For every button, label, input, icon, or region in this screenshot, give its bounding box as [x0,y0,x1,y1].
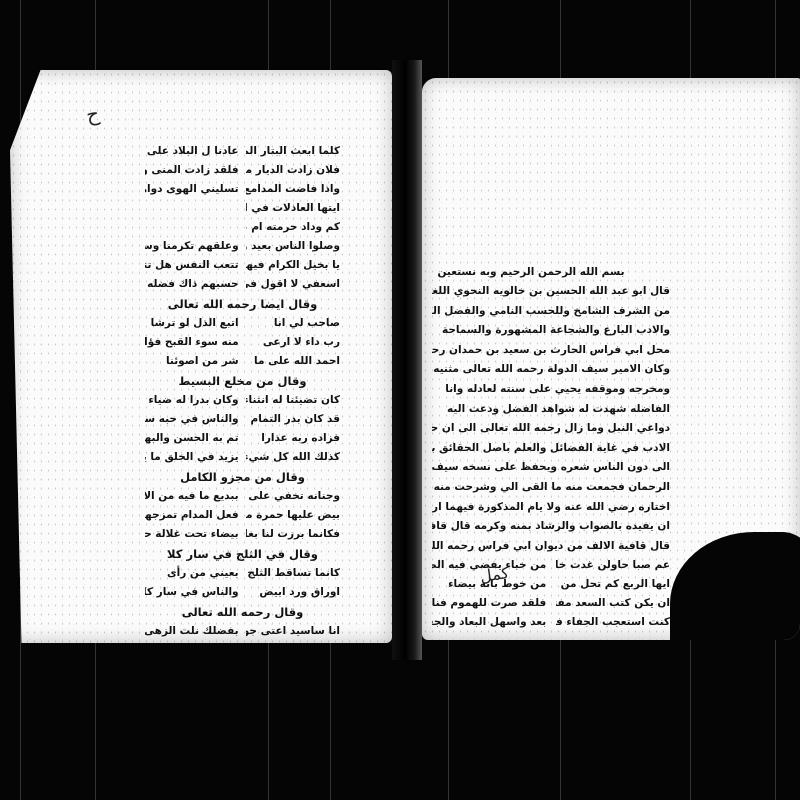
hemistich: وصلوا الناس بعيد وسنا [246,237,340,256]
poem-heading: وقال ايضا رحمه الله تعالى [145,294,340,314]
hemistich: كنت استعجب الجفاء فلما [556,613,670,632]
prose-line: ومخرجه وموقفه يحيي على سنته لعادله وانا [432,380,670,400]
hemistich: حسبهم ذاك فضله سناءا [145,275,239,294]
verse-line: كلما ابعث البتار المناياعادنا ل البلاد ع… [145,142,340,161]
hemistich: يزيد في الخلق ما يشاء [145,448,239,467]
hemistich: اسعفي لا اقول في اسلة [246,275,340,294]
hemistich: والناس في سار كلا [145,583,239,602]
hemistich: قد كان بدر التمام حسنا [246,410,340,429]
poem-heading: وقال من مجزو الكامل [145,467,340,487]
prose-line: من الشرف الشامخ وللحسب النامي والفضل الب… [432,302,670,322]
hemistich: وجنانه تخفي على عشاقه [246,487,340,506]
hemistich: وعلقهم تكرمنا وسنانا [145,237,239,256]
hemistich: والناس في حبه سواء [145,410,239,429]
prose-line: الفاضله شهدت له شواهد الفضل ودعت اليه [432,400,670,420]
verse-line: كذلك الله كل شيءيزيد في الخلق ما يشاء [145,448,340,467]
prose-line: دواعي النبل وما زال رحمه الله تعالى الى … [432,419,670,439]
verse-line: رب داء لا ارعىمنه سوء القبح فؤاد [145,333,340,352]
verse-line: واذا فاضت المدامع كانتتسليني الهوى دواه … [145,180,340,199]
hemistich: رب داء لا ارعى [246,333,340,352]
prose-line: ان يفيده بالصواب والرشاد بمنه وكرمه قال … [432,517,670,537]
prose-line: اختاره رضي الله عنه ولا يام المذكورة فيه… [432,498,670,518]
prose-line: قال قافية الالف من ديوان ابي فراس رحمه ا… [432,537,670,557]
verse-line: كم وداد حرمته ام عهيد [145,218,340,237]
hemistich: بعد واسهل البعاد والجفاءا [432,613,546,632]
book-gutter [392,60,422,660]
prose-line: وكان الامير سيف الدولة رحمه الله تعالى م… [432,360,670,380]
verse-line: ايتها العاذلات في الحب [145,199,340,218]
hemistich: فزاده ربه عذارا [246,429,340,448]
poem-heading: وقال رحمه الله تعالى [145,602,340,622]
hemistich: انا ساسيد اعتى جوده [246,622,340,641]
prose-line: الرحمان فجمعت منه ما القى الي وشرحت منه … [432,478,670,498]
hemistich: فكانما برزت لنا بغلالة [246,525,340,544]
verse-line: قد كان بدر التمام حسناوالناس في حبه سواء [145,410,340,429]
hemistich: كانما تساقط الثلج [246,564,340,583]
verse-line: بيض عليها حمرة متوردفعل المدام تمزجها با… [145,506,340,525]
hemistich: عم صبا حاولن غدت خلالها [556,556,670,575]
verse-line: كنت استعجب الجفاء فلمابعد واسهل البعاد و… [432,613,670,632]
verse-line: انا ساسيد اعتى جودهبفضلك نلت الزهى والثن… [145,622,340,641]
hemistich [145,199,239,218]
hemistich: بيض عليها حمرة متورد [246,506,340,525]
left-page-text: كلما ابعث البتار المناياعادنا ل البلاد ع… [145,142,340,641]
hemistich: بفضلك نلت الزهى والثناء [145,622,239,641]
prose-line: قال ابو عبد الله الحسين بن خالويه النحوي… [432,282,670,302]
verse-line: ايها الربع كم تحل من مغناكمن خوط بانه بي… [432,575,670,594]
hemistich: كم وداد حرمته ام عهيد [246,218,340,237]
verse-line: وصلوا الناس بعيد وسناوعلقهم تكرمنا وسنان… [145,237,340,256]
hemistich: كذلك الله كل شيء [246,448,340,467]
prose-line: الى دون الناس شعره ويحفظ على نسخه سيف ال… [432,458,670,478]
prose-line: محل ابي فراس الحارث بن سعيد بن حمدان رحم… [432,341,670,361]
verse-line: كان تضيئنا له انثناءوكان بدرا له ضياء [145,391,340,410]
verse-line: يا بخيل الكرام فيهم الى كمتتعب النفس هل … [145,256,340,275]
hemistich [145,218,239,237]
verse-line: صاحب لي انااتبع الذل لو ترشا [145,314,340,333]
hemistich: تتعب النفس هل تنال النهايا [145,256,239,275]
hemistich: ان يكن كتب السعد مفتاما [556,594,670,613]
colophon-mark: كمل [479,563,510,586]
hemistich: يا بخيل الكرام فيهم الى كم [246,256,340,275]
hemistich: فلان زادت الديار مفاخرا [246,161,340,180]
hemistich: عادنا ل البلاد على البلاد [145,142,239,161]
hemistich: منه سوء القبح فؤاد [145,333,239,352]
hemistich: ايها الربع كم تحل من مغناك [556,575,670,594]
hemistich: ايتها العاذلات في الحب [246,199,340,218]
hemistich: فلقد صرت للهموم فناءا [432,594,546,613]
right-page-text: بسم الله الرحمن الرحيم وبه نستعين قال اب… [432,262,670,632]
verse-line: اسعفي لا اقول في اسلةحسبهم ذاك فضله سناء… [145,275,340,294]
hemistich: فعل المدام تمزجها بالماء [145,506,239,525]
verse-line: اوراق ورد ابيضوالناس في سار كلا [145,583,340,602]
hemistich: وكان بدرا له ضياء [145,391,239,410]
hemistich: ببديع ما فيه من الالاء [145,487,239,506]
hemistich: شر من اصوئنا [145,352,239,371]
hemistich: كان تضيئنا له انثناء [246,391,340,410]
hemistich: تم به الحسن والبهاء [145,429,239,448]
hemistich: تسليني الهوى دواه وشفاءا [145,180,239,199]
verse-line: وجنانه تخفي على عشاقهببديع ما فيه من الا… [145,487,340,506]
verse-line: فكانما برزت لنا بغلالةبيضاء تحت غلالة حم… [145,525,340,544]
prose-line: والادب البارع والشجاعة المشهورة والسماحة [432,321,670,341]
poem-heading: وقال في الثلج في سار كلا [145,544,340,564]
manuscript-scan: ح كلما ابعث البتار المناياعادنا ل البلاد… [0,0,800,800]
hemistich: كلما ابعث البتار المنايا [246,142,340,161]
hemistich: واذا فاضت المدامع كانت [246,180,340,199]
verse-line: فزاده ربه عذاراتم به الحسن والبهاء [145,429,340,448]
torn-corner [670,532,800,640]
prose-line: الادب في غاية الفضائل والعلم باصل الحقائ… [432,439,670,459]
verse-line: عم صبا حاولن غدت خلالهامن خباء يفضي فيه … [432,556,670,575]
hemistich: اتبع الذل لو ترشا [145,314,239,333]
hemistich: بيضاء تحت غلالة حمراء [145,525,239,544]
verse-line: ان يكن كتب السعد مفتامافلقد صرت للهموم ف… [432,594,670,613]
hemistich: احمد الله على ما [246,352,340,371]
hemistich: اوراق ورد ابيض [246,583,340,602]
poem-heading: وقال من مخلع البسيط [145,371,340,391]
verse-line: احمد الله على ماشر من اصوئنا [145,352,340,371]
basmala: بسم الله الرحمن الرحيم وبه نستعين [432,262,670,282]
verse-line: فلان زادت الديار مفاخرافلقد زادت المنى و… [145,161,340,180]
hemistich: بعيني من رأى [145,564,239,583]
hemistich: صاحب لي انا [246,314,340,333]
verse-line: كانما تساقط الثلجبعيني من رأى [145,564,340,583]
hemistich: فلقد زادت المنى وعضا را [145,161,239,180]
